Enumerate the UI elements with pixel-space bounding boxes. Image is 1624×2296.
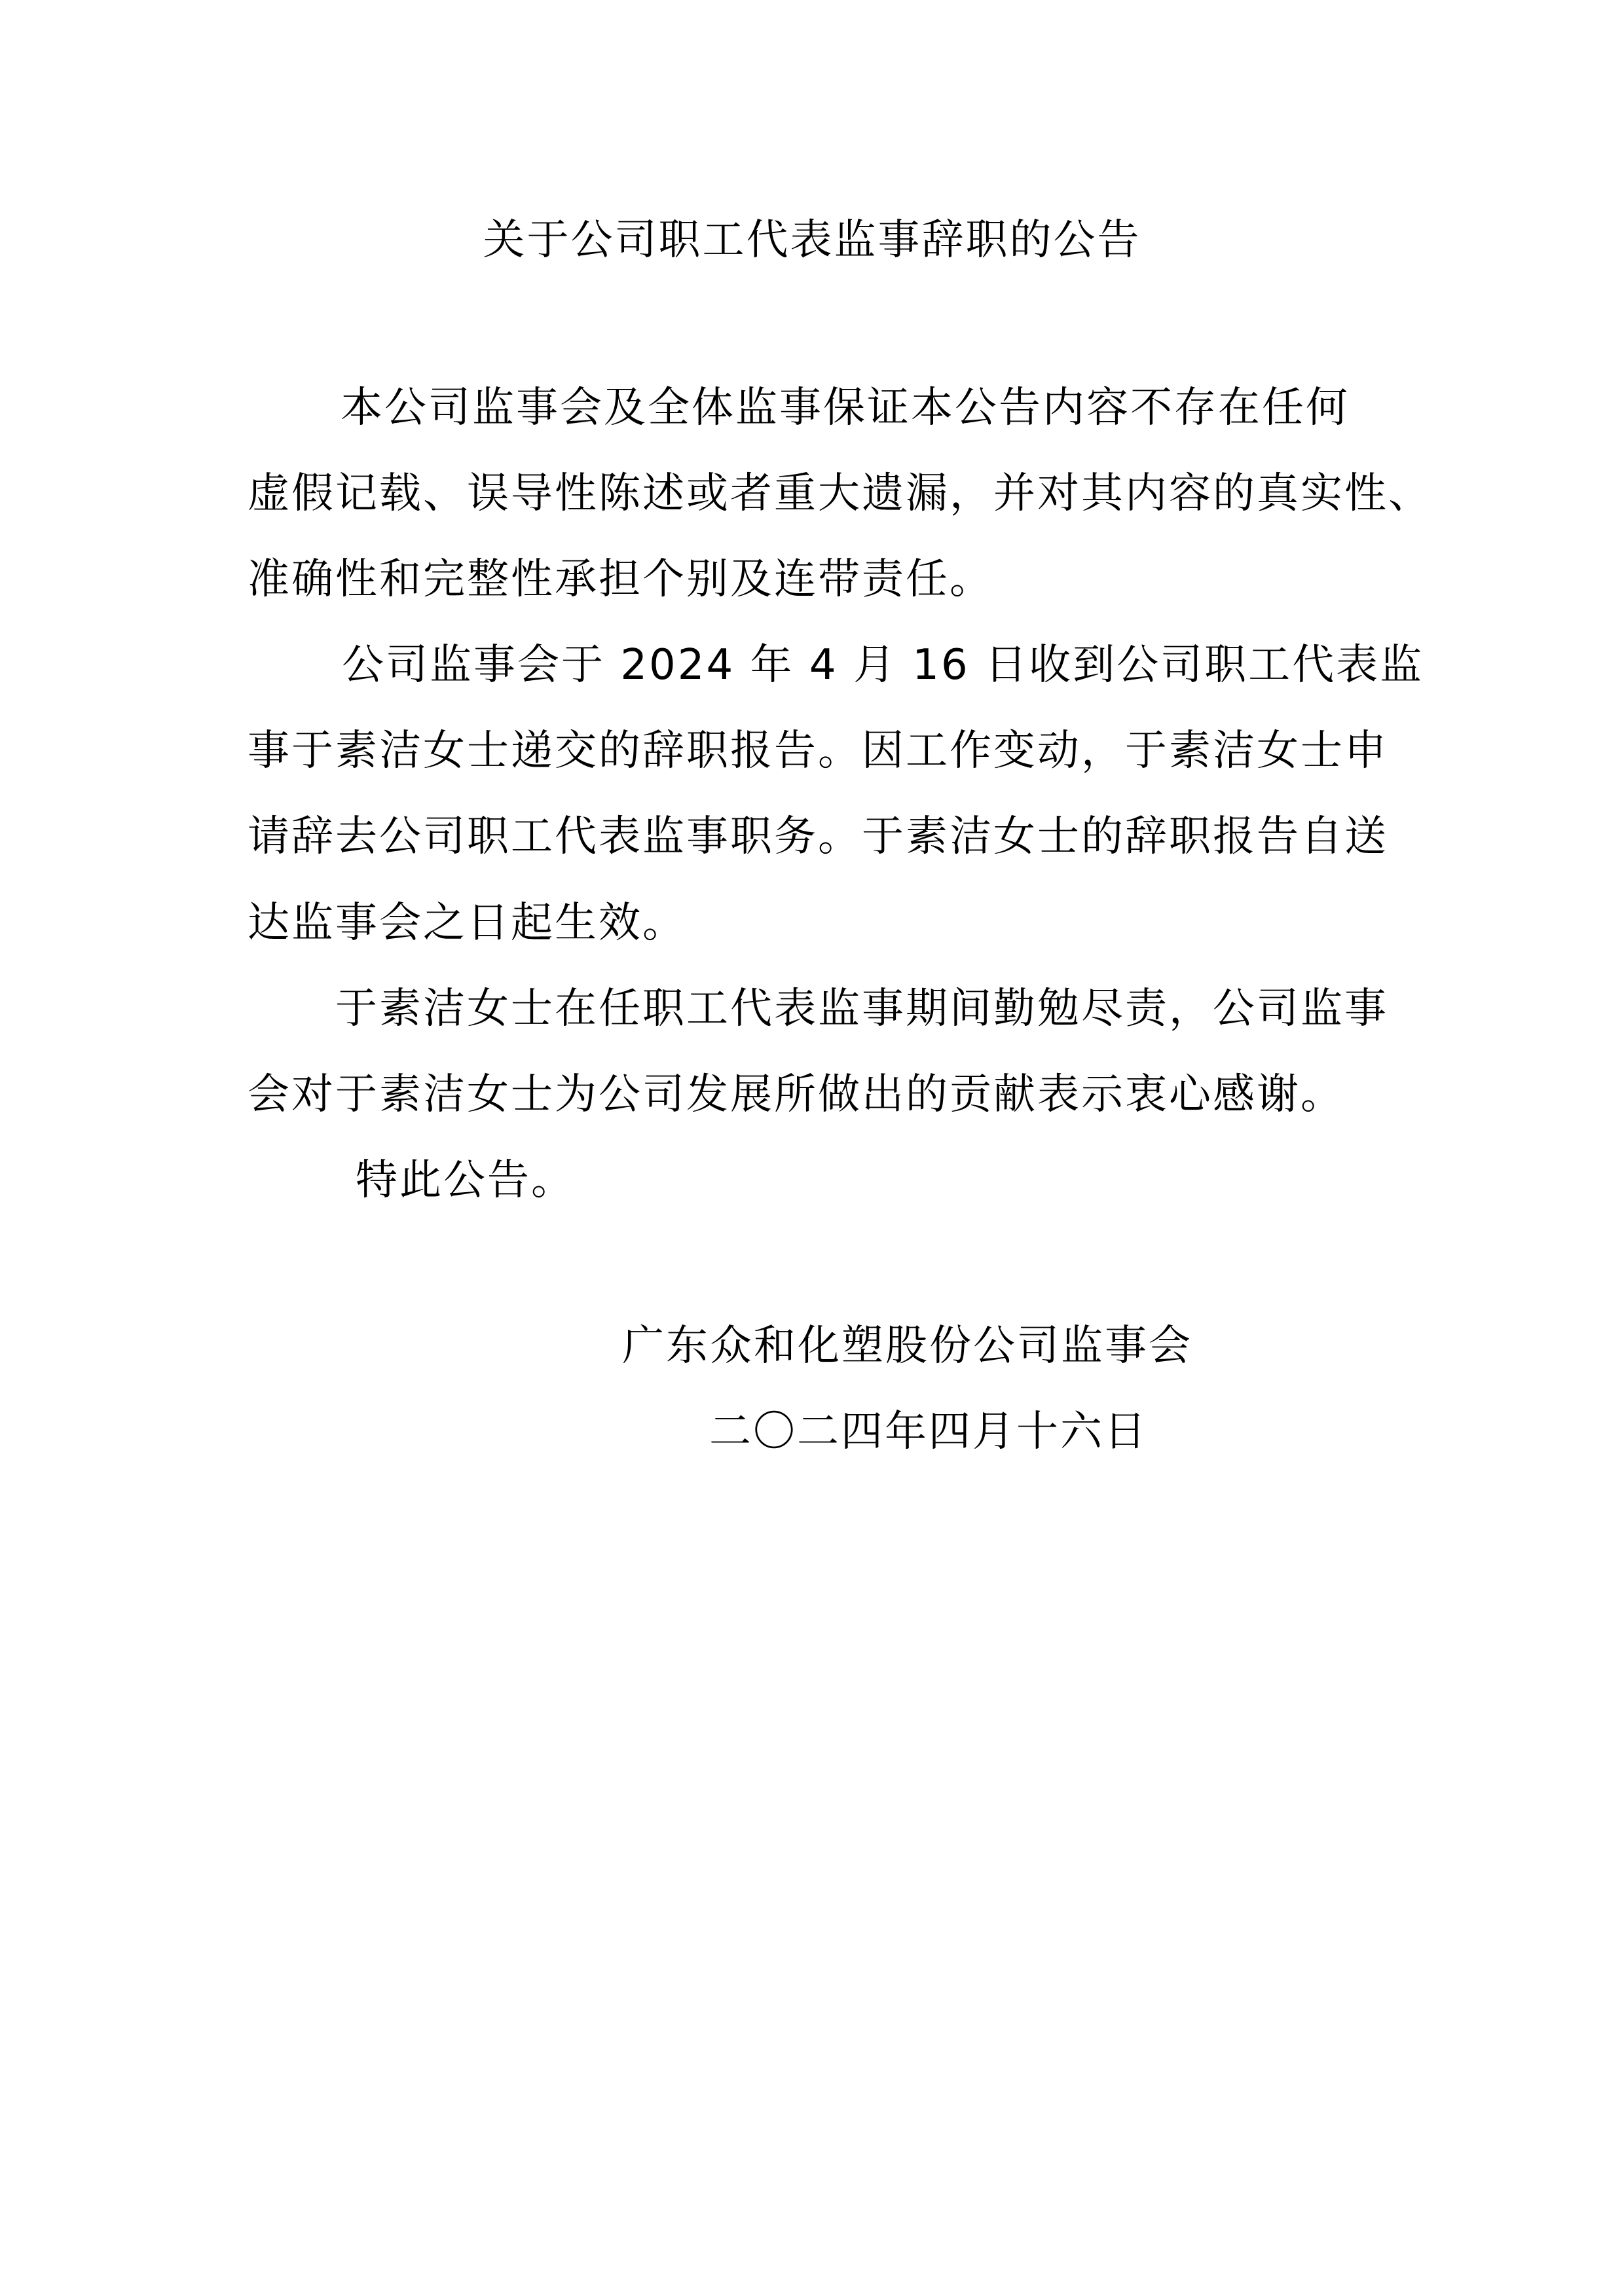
paragraph-4-line-1: 特此公告。 [356,1159,575,1201]
paragraph-1-line-3: 准确性和完整性承担个别及连带责任。 [248,558,993,600]
document-title: 关于公司职工代表监事辞职的公告 [0,219,1624,261]
document-page: 关于公司职工代表监事辞职的公告 本公司监事会及全体监事保证本公告内容不存在任何 … [0,0,1624,2296]
paragraph-3-line-1: 于素洁女士在任职工代表监事期间勤勉尽责，公司监事 [335,988,1388,1030]
paragraph-2-line-1: 公司监事会于 2024 年 4 月 16 日收到公司职工代表监 [342,644,1424,686]
paragraph-2-line-4: 达监事会之日起生效。 [248,902,686,944]
paragraph-3-line-2: 会对于素洁女士为公司发展所做出的贡献表示衷心感谢。 [248,1074,1344,1116]
paragraph-1-line-2: 虚假记载、误导性陈述或者重大遗漏，并对其内容的真实性、 [248,473,1432,515]
date-line: 二〇二四年四月十六日 [709,1411,1148,1453]
paragraph-2-line-2: 事于素洁女士递交的辞职报告。因工作变动，于素洁女士申 [248,730,1388,772]
paragraph-1-line-1: 本公司监事会及全体监事保证本公告内容不存在任何 [341,387,1350,429]
paragraph-2-line-3: 请辞去公司职工代表监事职务。于素洁女士的辞职报告自送 [248,816,1388,858]
signature-line: 广东众和化塑股份公司监事会 [622,1325,1192,1367]
